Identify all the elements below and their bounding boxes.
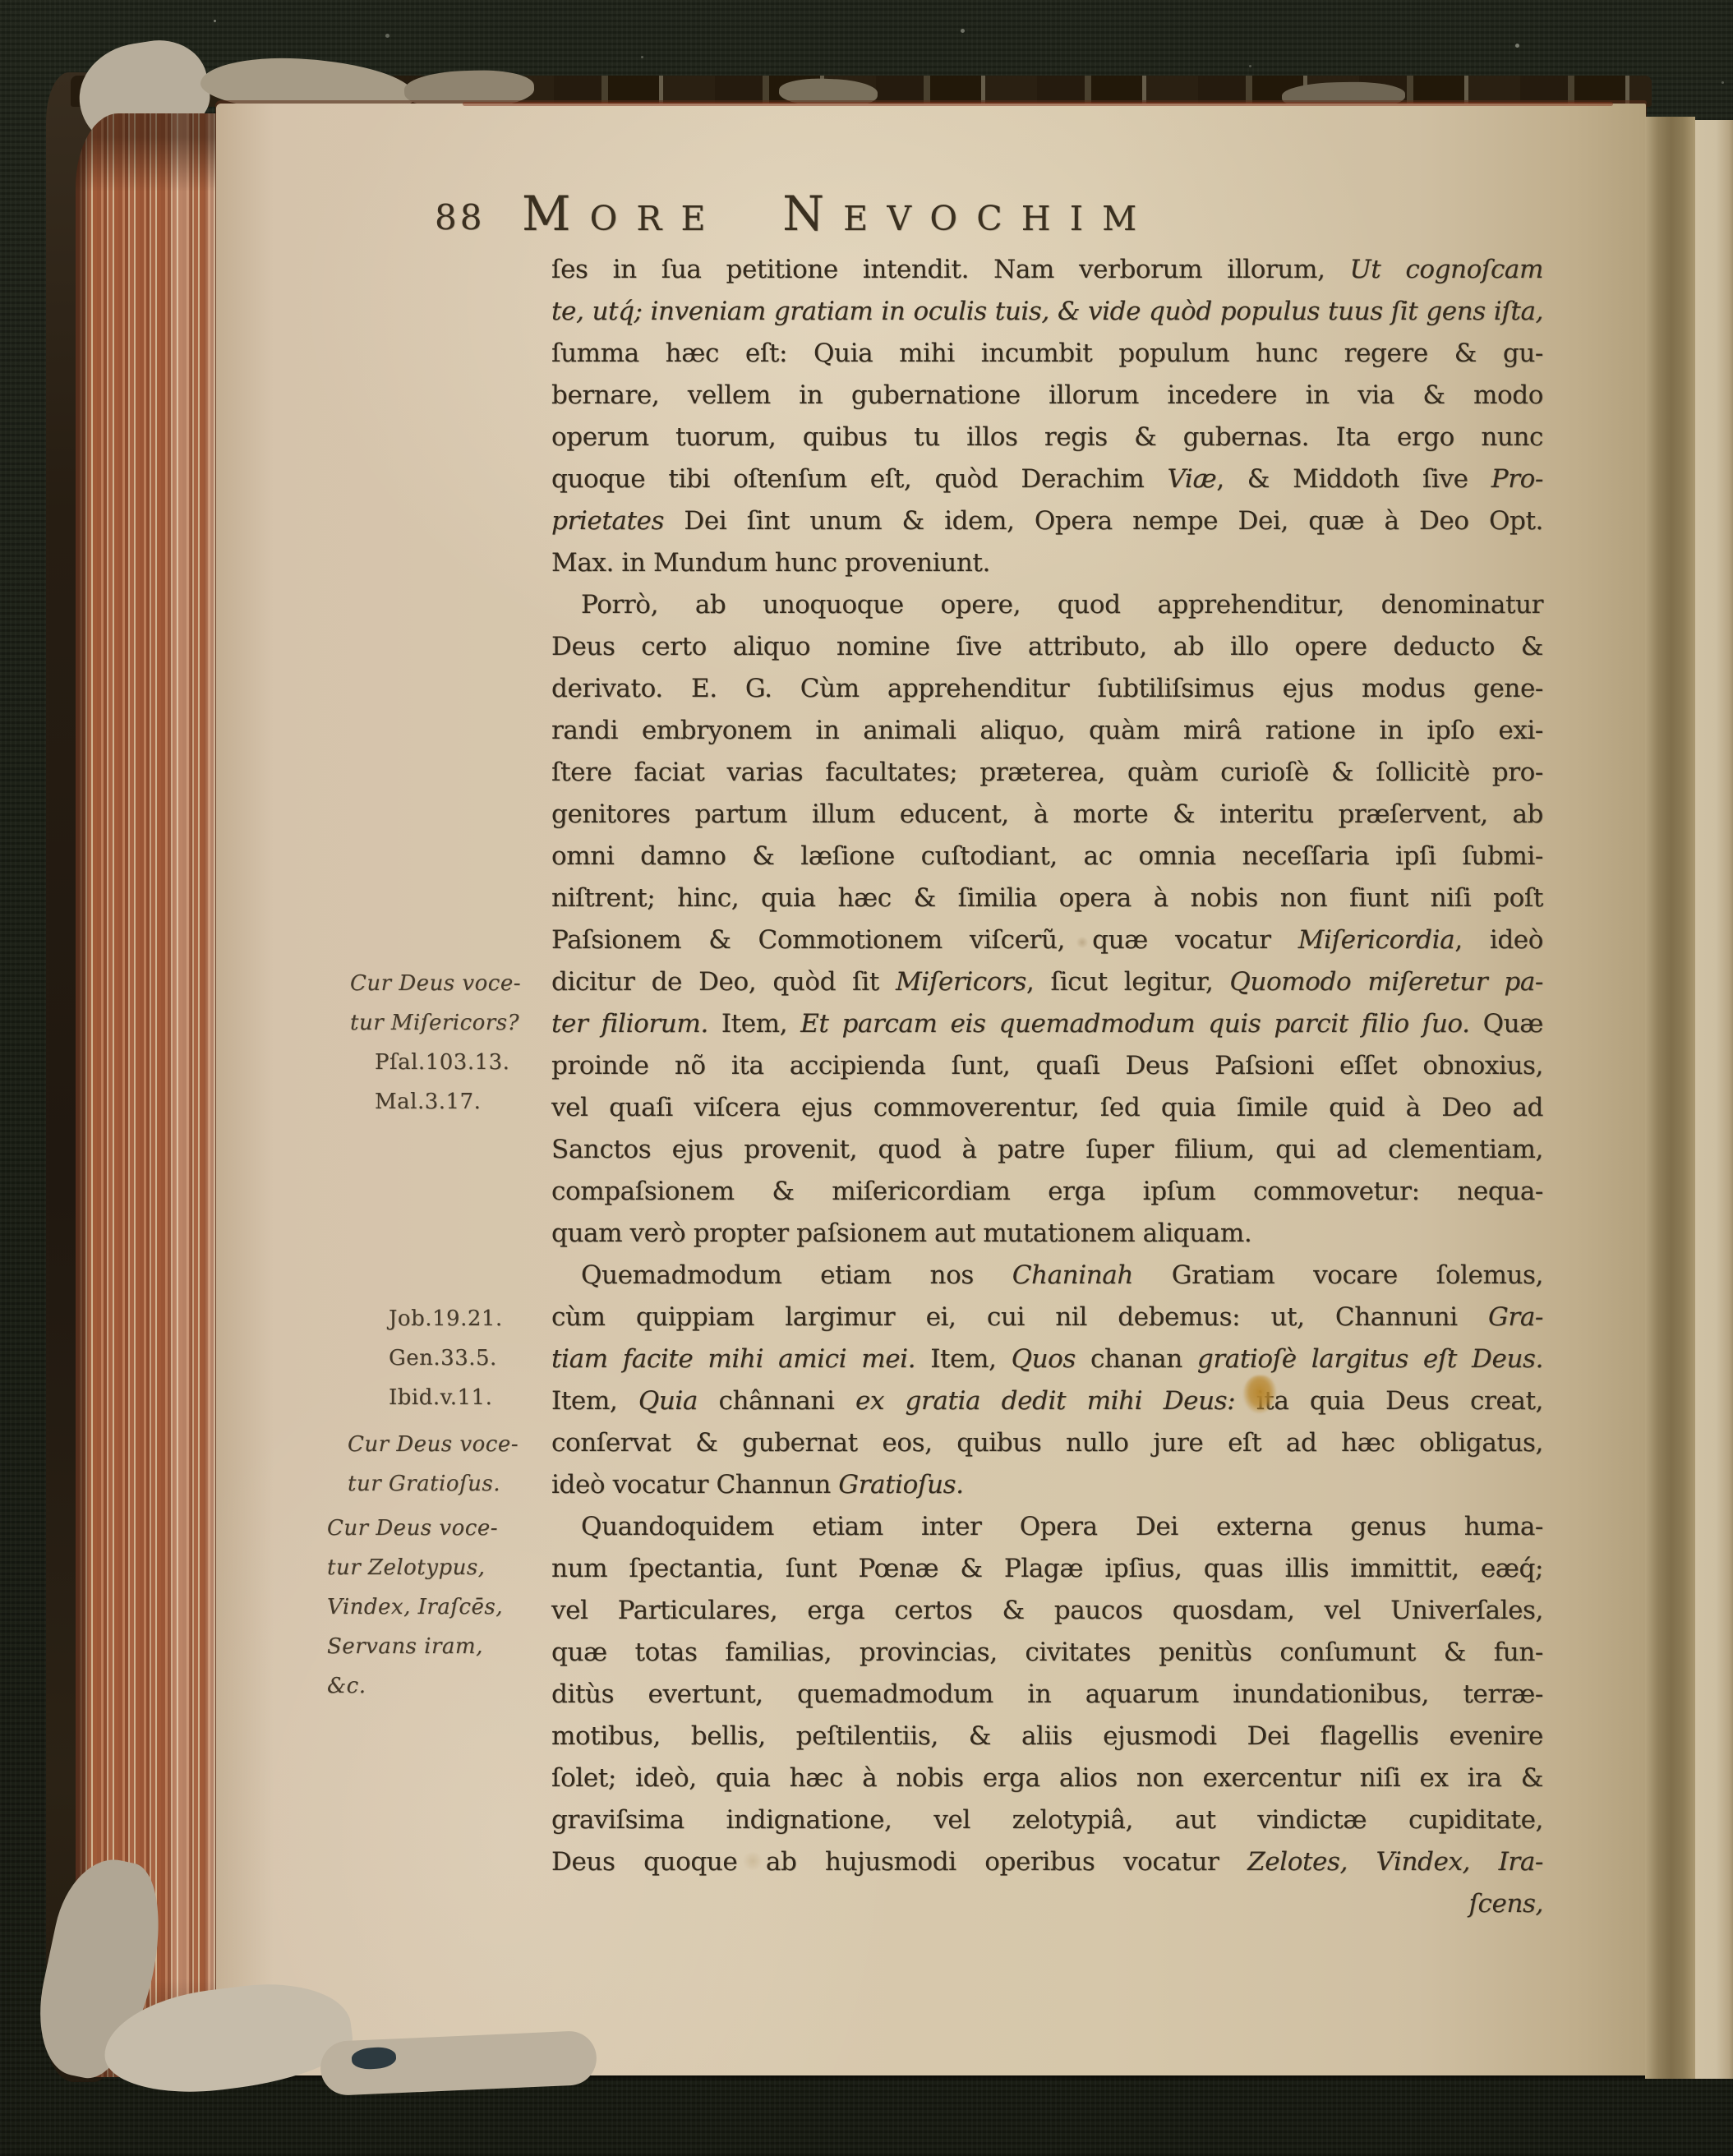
italic-text-run: Miſericordia (1298, 925, 1455, 955)
roman-text-run: proinde nõ ita accipienda ſunt, quaſi De… (551, 1051, 1543, 1080)
roman-text-run: , ſicut legitur, (1026, 967, 1230, 997)
roman-text-run: vel Particulares, erga certos & paucos q… (551, 1596, 1543, 1625)
italic-text-run: tiam facite mihi amici mei. (551, 1344, 915, 1374)
book-page: 88 More Nevochim ſes in ſua petitione in… (216, 104, 1646, 2075)
text-line: Paſsionem & Commotionem viſcerũ, quæ voc… (551, 919, 1543, 961)
text-line: proinde nõ ita accipienda ſunt, quaſi De… (551, 1045, 1543, 1087)
roman-text-run: ſtere faciat varias facultates; præterea… (551, 758, 1543, 787)
roman-text-run: Item, (915, 1344, 1011, 1374)
catchword: ſcens, (551, 1883, 1543, 1925)
roman-text-run: operum tuorum, quibus tu illos regis & g… (551, 422, 1543, 452)
roman-text-run: omni damno & læſione cuſtodiant, ac omni… (551, 841, 1543, 871)
text-line: ideò vocatur Channun Gratioſus. (551, 1464, 1543, 1506)
italic-text-run: Quomodo miſeretur pa- (1229, 967, 1543, 997)
text-line: Max. in Mundum hunc proveniunt. (551, 542, 1543, 584)
facing-page-edge (1695, 120, 1733, 2079)
text-line: graviſsima indignatione, vel zelotypiâ, … (551, 1799, 1543, 1841)
body-text: ſes in ſua petitione intendit. Nam verbo… (551, 249, 1543, 1925)
text-line: num ſpectantia, ſunt Pœnæ & Plagæ ipſius… (551, 1548, 1543, 1590)
roman-text-run: chanan (1090, 1344, 1197, 1374)
text-line: derivato. E. G. Cùm apprehenditur ſubtil… (551, 668, 1543, 710)
text-line: genitores partum illum educent, à morte … (551, 794, 1543, 836)
page-number: 88 (435, 197, 485, 237)
text-line: omni damno & læſione cuſtodiant, ac omni… (551, 836, 1543, 878)
scripture-reference: Ibid.v.11. (364, 1378, 561, 1417)
scripture-reference: Job.19.21. (364, 1299, 561, 1338)
roman-text-run: ſolet; ideò, quia hæc à nobis erga alios… (551, 1763, 1543, 1793)
italic-text-run: Chaninah (1012, 1260, 1172, 1290)
margin-note-label: Servans iram, (327, 1627, 524, 1666)
italic-text-run: gratioſè largitus eſt Deus. (1197, 1344, 1543, 1374)
roman-text-run: num ſpectantia, ſunt Pœnæ & Plagæ ipſius… (551, 1554, 1543, 1583)
italic-text-run: Et parcam eis quemadmodum quis parcit fi… (800, 1009, 1469, 1039)
gutter-shadow (1645, 117, 1695, 2079)
text-line: ditùs evertunt, quemadmodum in aquarum i… (551, 1674, 1543, 1716)
text-line: prietates Dei ſint unum & idem, Opera ne… (551, 500, 1543, 542)
text-line: niſtrent; hinc, quia hæc & ſimilia opera… (551, 878, 1543, 919)
roman-text-run: ſumma hæc eſt: Quia mihi incumbit populu… (551, 339, 1543, 368)
roman-text-run: Max. in Mundum hunc proveniunt. (551, 548, 990, 578)
text-line: randi embryonem in animali aliquo, quàm … (551, 710, 1543, 752)
roman-text-run: Dei ſint unum & idem, Opera nempe Dei, q… (684, 506, 1543, 536)
roman-text-run: ſes in ſua petitione intendit. Nam verbo… (551, 255, 1350, 284)
margin-note: Cur Deus voce-tur Zelotypus,Vindex, Iraſ… (327, 1509, 524, 1706)
roman-text-run: Quandoquidem etiam inter Opera Dei exter… (581, 1512, 1543, 1541)
text-line: quam verò propter paſsionem aut mutation… (551, 1213, 1543, 1255)
roman-text-run: Item, (551, 1386, 638, 1416)
margin-note: Cur Deus voce-tur Miſericors?Pſal.103.13… (350, 964, 547, 1122)
italic-text-run: prietates (551, 506, 684, 536)
roman-text-run: quam verò propter paſsionem aut mutation… (551, 1219, 1251, 1248)
roman-text-run: , & Middoth ſive (1216, 464, 1491, 494)
text-line: Quemadmodum etiam nos Chaninah Gratiam v… (551, 1255, 1543, 1297)
roman-text-run: genitores partum illum educent, à morte … (551, 799, 1543, 829)
roman-text-run: chânnani (719, 1386, 855, 1416)
scripture-reference: Gen.33.5. (364, 1338, 561, 1378)
text-line: cùm quippiam largimur ei, cui nil debemu… (551, 1297, 1543, 1338)
page-top-red-edge (463, 102, 1613, 106)
margin-note: Cur Deus voce-tur Gratioſus. (348, 1425, 545, 1504)
margin-note-label: Cur Deus voce- (348, 1425, 545, 1464)
roman-text-run: Deus quoque ab hujusmodi operibus vocatu… (551, 1847, 1247, 1877)
roman-text-run: Quemadmodum etiam nos (581, 1260, 1012, 1290)
roman-text-run: compaſsionem & miſericordiam erga ipſum … (551, 1177, 1543, 1206)
roman-text-run: Gratiam vocare ſolemus, (1172, 1260, 1543, 1290)
italic-text-run: Quia (638, 1386, 719, 1416)
text-line: bernare, vellem in gubernatione illorum … (551, 375, 1543, 417)
text-line: Quandoquidem etiam inter Opera Dei exter… (551, 1506, 1543, 1548)
scripture-reference: Mal.3.17. (350, 1082, 547, 1122)
text-line: Item, Quia chânnani ex gratia dedit mihi… (551, 1380, 1543, 1422)
text-line: operum tuorum, quibus tu illos regis & g… (551, 417, 1543, 458)
roman-text-run: ditùs evertunt, quemadmodum in aquarum i… (551, 1679, 1543, 1709)
roman-text-run: Porrò, ab unoquoque opere, quod apprehen… (581, 590, 1543, 620)
italic-text-run: Zelotes, Vindex, Ira- (1247, 1847, 1543, 1877)
roman-text-run: Sanctos ejus provenit, quod à patre ſupe… (551, 1135, 1543, 1164)
italic-text-run: Miſericors (896, 967, 1026, 997)
roman-text-run: quæ totas familias, provincias, civitate… (551, 1638, 1543, 1667)
margin-note-label: tur Zelotypus, (327, 1548, 524, 1587)
margin-note-label: Cur Deus voce- (327, 1509, 524, 1548)
roman-text-run: vel quaſi viſcera ejus commoverentur, ſe… (551, 1093, 1543, 1122)
red-dyed-fore-edge (76, 113, 222, 2077)
roman-text-run: Quæ (1470, 1009, 1543, 1039)
roman-text-run: motibus, bellis, peſtilentiis, & aliis e… (551, 1721, 1543, 1751)
roman-text-run: dicitur de Deo, quòd ſit (551, 967, 896, 997)
roman-text-run: ita quia Deus creat, (1256, 1386, 1543, 1416)
roman-text-run: niſtrent; hinc, quia hæc & ſimilia opera… (551, 883, 1543, 913)
paper-stain (742, 1852, 763, 1870)
text-line: vel Particulares, erga certos & paucos q… (551, 1590, 1543, 1632)
text-line: ſtere faciat varias facultates; præterea… (551, 752, 1543, 794)
text-line: tiam facite mihi amici mei. Item, Quos c… (551, 1338, 1543, 1380)
margin-note-label: &c. (327, 1666, 524, 1706)
scanned-book-page-photo: 88 More Nevochim ſes in ſua petitione in… (0, 0, 1733, 2156)
roman-text-run: graviſsima indignatione, vel zelotypiâ, … (551, 1805, 1543, 1835)
scripture-reference: Pſal.103.13. (350, 1043, 547, 1082)
margin-note-label: Vindex, Iraſcēs, (327, 1587, 524, 1627)
roman-text-run: Paſsionem & Commotionem viſcerũ, quæ voc… (551, 925, 1298, 955)
text-line: quæ totas familias, provincias, civitate… (551, 1632, 1543, 1674)
text-line: ter filiorum. Item, Et parcam eis quemad… (551, 1003, 1543, 1045)
margin-note: Job.19.21.Gen.33.5.Ibid.v.11. (364, 1299, 561, 1417)
text-line: conſervat & gubernat eos, quibus nullo j… (551, 1422, 1543, 1464)
roman-text-run: bernare, vellem in gubernatione illorum … (551, 380, 1543, 410)
text-line: motibus, bellis, peſtilentiis, & aliis e… (551, 1716, 1543, 1758)
italic-text-run: Pro- (1491, 464, 1543, 494)
text-line: Porrò, ab unoquoque opere, quod apprehen… (551, 584, 1543, 626)
text-line: quoque tibi oſtenſum eſt, quòd Derachim … (551, 458, 1543, 500)
running-title: More Nevochim (522, 186, 1155, 242)
roman-text-run: quoque tibi oſtenſum eſt, quòd Derachim (551, 464, 1167, 494)
roman-text-run: ideò vocatur Channun (551, 1470, 838, 1500)
text-line: ſes in ſua petitione intendit. Nam verbo… (551, 249, 1543, 291)
italic-text-run: ſcens, (1468, 1889, 1543, 1919)
roman-text-run: Item, (708, 1009, 800, 1039)
text-line: ſumma hæc eſt: Quia mihi incumbit populu… (551, 333, 1543, 375)
margin-note-label: Cur Deus voce- (350, 964, 547, 1003)
italic-text-run: Gra- (1488, 1302, 1543, 1332)
roman-text-run: randi embryonem in animali aliquo, quàm … (551, 716, 1543, 745)
italic-text-run: Ut cognoſcam (1350, 255, 1543, 284)
italic-text-run: Gratioſus. (838, 1470, 963, 1500)
text-line: compaſsionem & miſericordiam erga ipſum … (551, 1171, 1543, 1213)
text-line: Sanctos ejus provenit, quod à patre ſupe… (551, 1129, 1543, 1171)
roman-text-run: conſervat & gubernat eos, quibus nullo j… (551, 1428, 1543, 1458)
text-line: ſolet; ideò, quia hæc à nobis erga alios… (551, 1758, 1543, 1799)
italic-text-run: ter filiorum. (551, 1009, 708, 1039)
italic-text-run: Viæ (1167, 464, 1216, 494)
margin-note-label: tur Gratioſus. (348, 1464, 545, 1504)
roman-text-run: Deus certo aliquo nomine ſive attributo,… (551, 632, 1543, 661)
text-line: te, utq́; inveniam gratiam in oculis tui… (551, 291, 1543, 333)
italic-text-run: te, utq́; inveniam gratiam in oculis tui… (551, 297, 1543, 326)
roman-text-run: , ideò (1454, 925, 1543, 955)
text-line: Deus quoque ab hujusmodi operibus vocatu… (551, 1841, 1543, 1883)
text-line: Deus certo aliquo nomine ſive attributo,… (551, 626, 1543, 668)
text-line: vel quaſi viſcera ejus commoverentur, ſe… (551, 1087, 1543, 1129)
roman-text-run: cùm quippiam largimur ei, cui nil debemu… (551, 1302, 1488, 1332)
scanner-dust-specks (214, 20, 216, 22)
italic-text-run: ex gratia dedit mihi Deus: (855, 1386, 1256, 1416)
paper-stain (1076, 937, 1089, 948)
margin-note-label: tur Miſericors? (350, 1003, 547, 1043)
roman-text-run: derivato. E. G. Cùm apprehenditur ſubtil… (551, 674, 1543, 703)
italic-text-run: Quos (1012, 1344, 1090, 1374)
text-line: dicitur de Deo, quòd ſit Miſericors, ſic… (551, 961, 1543, 1003)
